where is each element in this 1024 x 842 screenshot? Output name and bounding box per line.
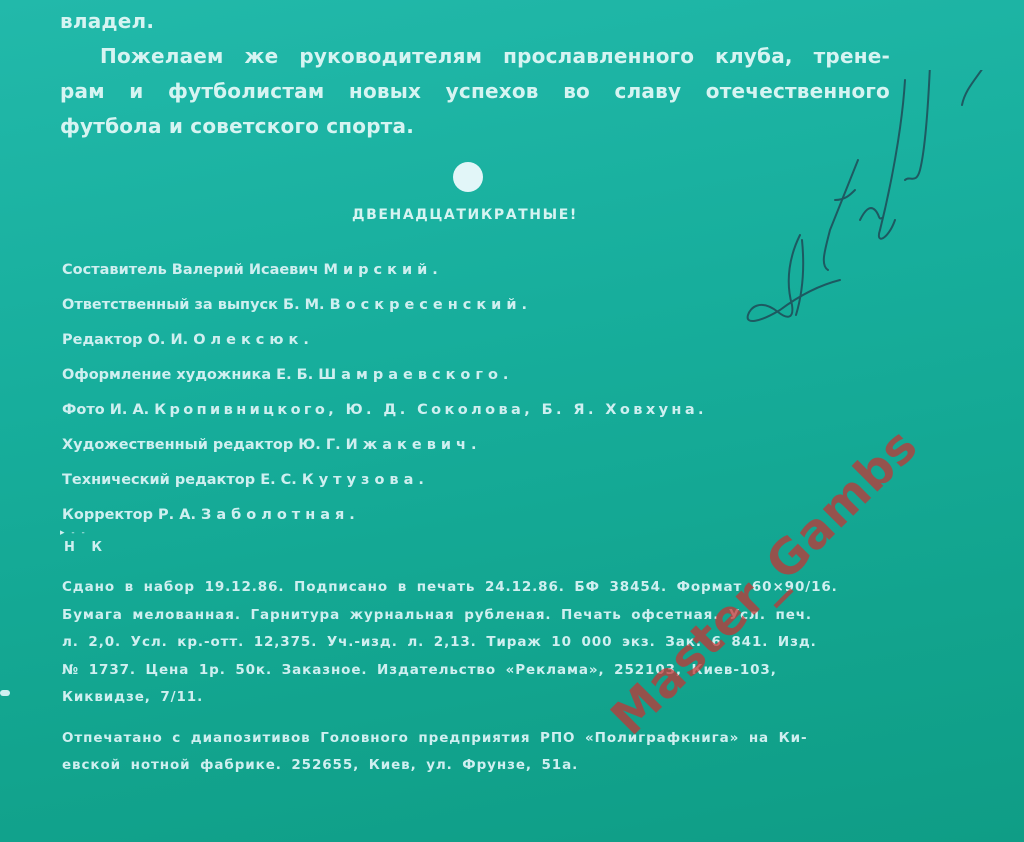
- edge-mark: [0, 690, 10, 696]
- imprint-line: л. 2,0. Усл. кр.-отт. 12,375. Уч.-изд. л…: [62, 629, 892, 657]
- imprint-line: Киквидзе, 7/11.: [62, 684, 892, 712]
- credit-line: Технический редактор Е. С. Кутузова.: [62, 468, 707, 503]
- signature-icon: [730, 70, 1020, 350]
- imprint-line: № 1737. Цена 1р. 50к. Заказное. Издатель…: [62, 657, 892, 685]
- credit-line: Составитель Валерий Исаевич Мирский.: [62, 258, 707, 293]
- credit-line: Фото И. А. Кропивницкого, Ю. Д. Соколова…: [62, 398, 707, 433]
- intro-line: владел.: [60, 4, 890, 39]
- credit-line: Художественный редактор Ю. Г. Ижакевич.: [62, 433, 707, 468]
- print-marks: ▸ ‐ ‐: [60, 528, 87, 538]
- document-page: владел. Пожелаем же руководителям просла…: [0, 0, 1024, 842]
- section-title: ДВЕНАДЦАТИКРАТНЫЕ!: [352, 207, 578, 223]
- code-marks: Н К: [64, 540, 108, 555]
- credit-line: Ответственный за выпуск Б. М. Воскресенс…: [62, 293, 707, 328]
- printer-line: Отпечатано с диапозитивов Головного пред…: [62, 725, 892, 753]
- printer-line: евской нотной фабрике. 252655, Киев, ул.…: [62, 752, 892, 780]
- paragraph-line-1: Пожелаем же руководителям прославленного…: [60, 39, 890, 74]
- credit-line: Оформление художника Е. Б. Шамраевского.: [62, 363, 707, 398]
- credit-line: Корректор Р. А. Заболотная.: [62, 503, 707, 538]
- bullet-dot-icon: [453, 162, 483, 192]
- credit-line: Редактор О. И. Олексюк.: [62, 328, 707, 363]
- credits-list: Составитель Валерий Исаевич Мирский. Отв…: [62, 258, 707, 538]
